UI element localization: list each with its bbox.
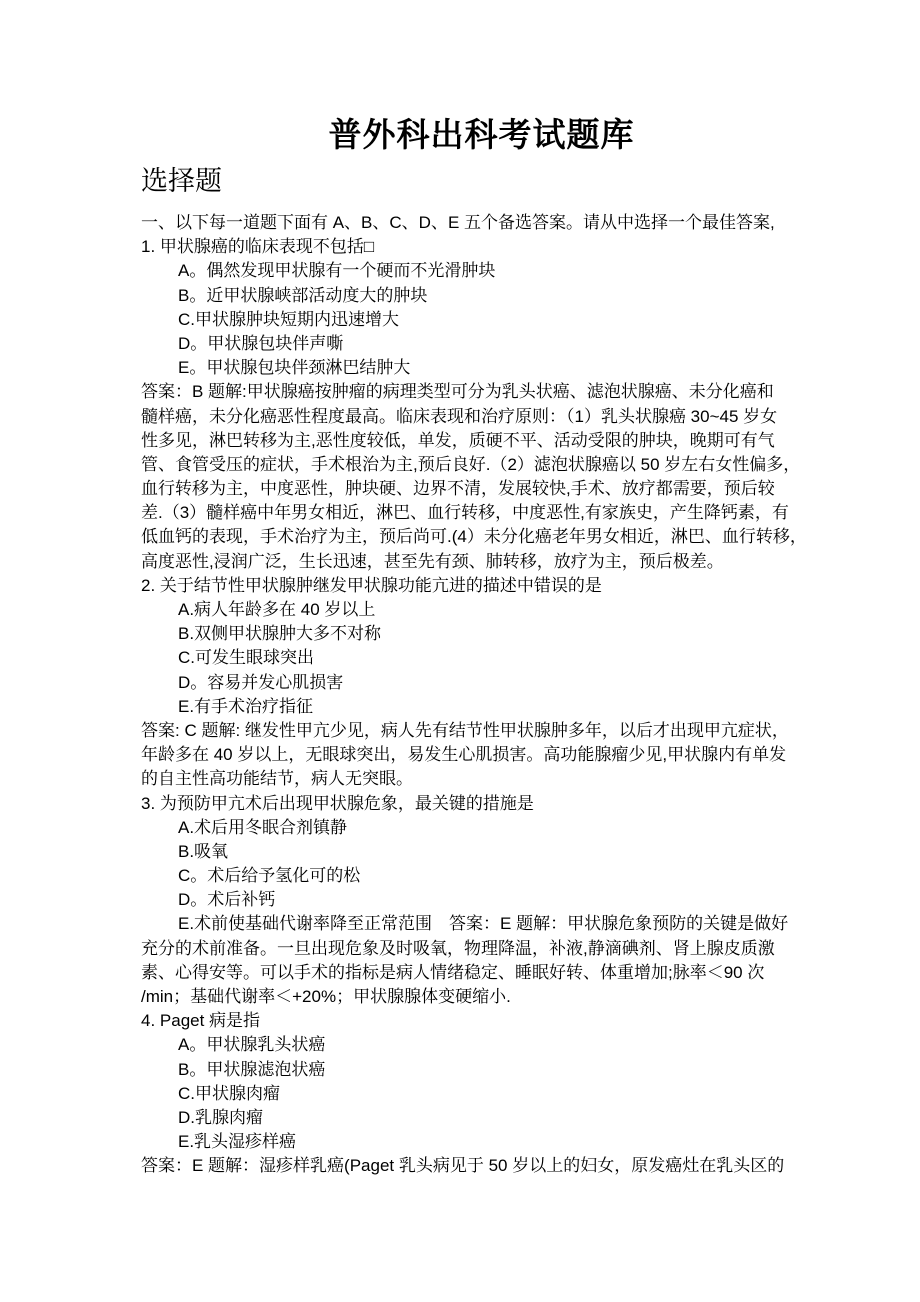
text-line: C.甲状腺肉瘤 [141,1082,822,1106]
text-line: 血行转移为主，中度恶性，肿块硬、边界不清，发展较快,手术、放疗都需要，预后较 [141,477,822,501]
text-line: B。近甲状腺峡部活动度大的肿块 [141,284,822,308]
text-line: A。偶然发现甲状腺有一个硬而不光滑肿块 [141,259,822,283]
text-line: D。甲状腺包块伴声嘶 [141,332,822,356]
text-line: 4. Paget 病是指 [141,1009,822,1033]
text-line: 高度恶性,浸润广泛，生长迅速，甚至先有颈、肺转移，放疗为主，预后极差。 [141,550,822,574]
text-line: D。术后补钙 [141,888,822,912]
text-line: 年龄多在 40 岁以上，无眼球突出，易发生心肌损害。高功能腺瘤少见,甲状腺内有单… [141,743,822,767]
text-line: D.乳腺肉瘤 [141,1106,822,1130]
section-heading: 选择题 [141,167,822,196]
text-line: B.双侧甲状腺肿大多不对称 [141,622,822,646]
text-line: C.甲状腺肿块短期内迅速增大 [141,308,822,332]
text-line: 差.（3）髓样癌中年男女相近，淋巴、血行转移，中度恶性,有家族史，产生降钙素，有 [141,501,822,525]
document-body: 一、以下每一道题下面有 A、B、C、D、E 五个备选答案。请从中选择一个最佳答案… [141,211,822,1179]
text-line: 答案：B 题解:甲状腺癌按肿瘤的病理类型可分为乳头状癌、滤泡状腺癌、未分化癌和 [141,380,822,404]
text-line: E.术前使基础代谢率降至正常范围 答案：E 题解：甲状腺危象预防的关键是做好 [141,912,822,936]
text-line: D。容易并发心肌损害 [141,671,822,695]
text-line: C。术后给予氢化可的松 [141,864,822,888]
text-line: 答案：E 题解：湿疹样乳癌(Paget 乳头病见于 50 岁以上的妇女，原发癌灶… [141,1154,822,1178]
text-line: A.病人年龄多在 40 岁以上 [141,598,822,622]
text-line: 性多见，淋巴转移为主,恶性度较低，单发，质硬不平、活动受限的肿块，晚期可有气 [141,429,822,453]
document-title: 普外科出科考试题库 [141,118,822,154]
text-line: 1. 甲状腺癌的临床表现不包括□ [141,235,822,259]
text-line: E.有手术治疗指征 [141,695,822,719]
text-line: C.可发生眼球突出 [141,646,822,670]
text-line: 低血钙的表现，手术治疗为主，预后尚可.(4）未分化癌老年男女相近，淋巴、血行转移… [141,525,822,549]
text-line: A。甲状腺乳头状癌 [141,1033,822,1057]
text-line: B。甲状腺滤泡状癌 [141,1058,822,1082]
text-line: 一、以下每一道题下面有 A、B、C、D、E 五个备选答案。请从中选择一个最佳答案… [141,211,822,235]
text-line: 素、心得安等。可以手术的指标是病人情绪稳定、睡眠好转、体重增加;脉率＜90 次 [141,961,822,985]
text-line: E。甲状腺包块伴颈淋巴结肿大 [141,356,822,380]
text-line: A.术后用冬眠合剂镇静 [141,816,822,840]
text-line: 的自主性高功能结节，病人无突眼。 [141,767,822,791]
text-line: /min；基础代谢率＜+20%；甲状腺腺体变硬缩小. [141,985,822,1009]
text-line: 充分的术前准备。一旦出现危象及时吸氧，物理降温，补液,静滴碘剂、肾上腺皮质激 [141,937,822,961]
text-line: B.吸氧 [141,840,822,864]
text-line: 2. 关于结节性甲状腺肿继发甲状腺功能亢进的描述中错误的是 [141,574,822,598]
text-line: 管、食管受压的症状，手术根治为主,预后良好.（2）滤泡状腺癌以 50 岁左右女性… [141,453,822,477]
text-line: 髓样癌，未分化癌恶性程度最高。临床表现和治疗原则：（1）乳头状腺癌 30~45 … [141,405,822,429]
document-page: 普外科出科考试题库 选择题 一、以下每一道题下面有 A、B、C、D、E 五个备选… [0,0,920,1302]
text-line: E.乳头湿疹样癌 [141,1130,822,1154]
text-line: 答案: C 题解: 继发性甲亢少见，病人先有结节性甲状腺肿多年，以后才出现甲亢症… [141,719,822,743]
text-line: 3. 为预防甲亢术后出现甲状腺危象，最关键的措施是 [141,792,822,816]
